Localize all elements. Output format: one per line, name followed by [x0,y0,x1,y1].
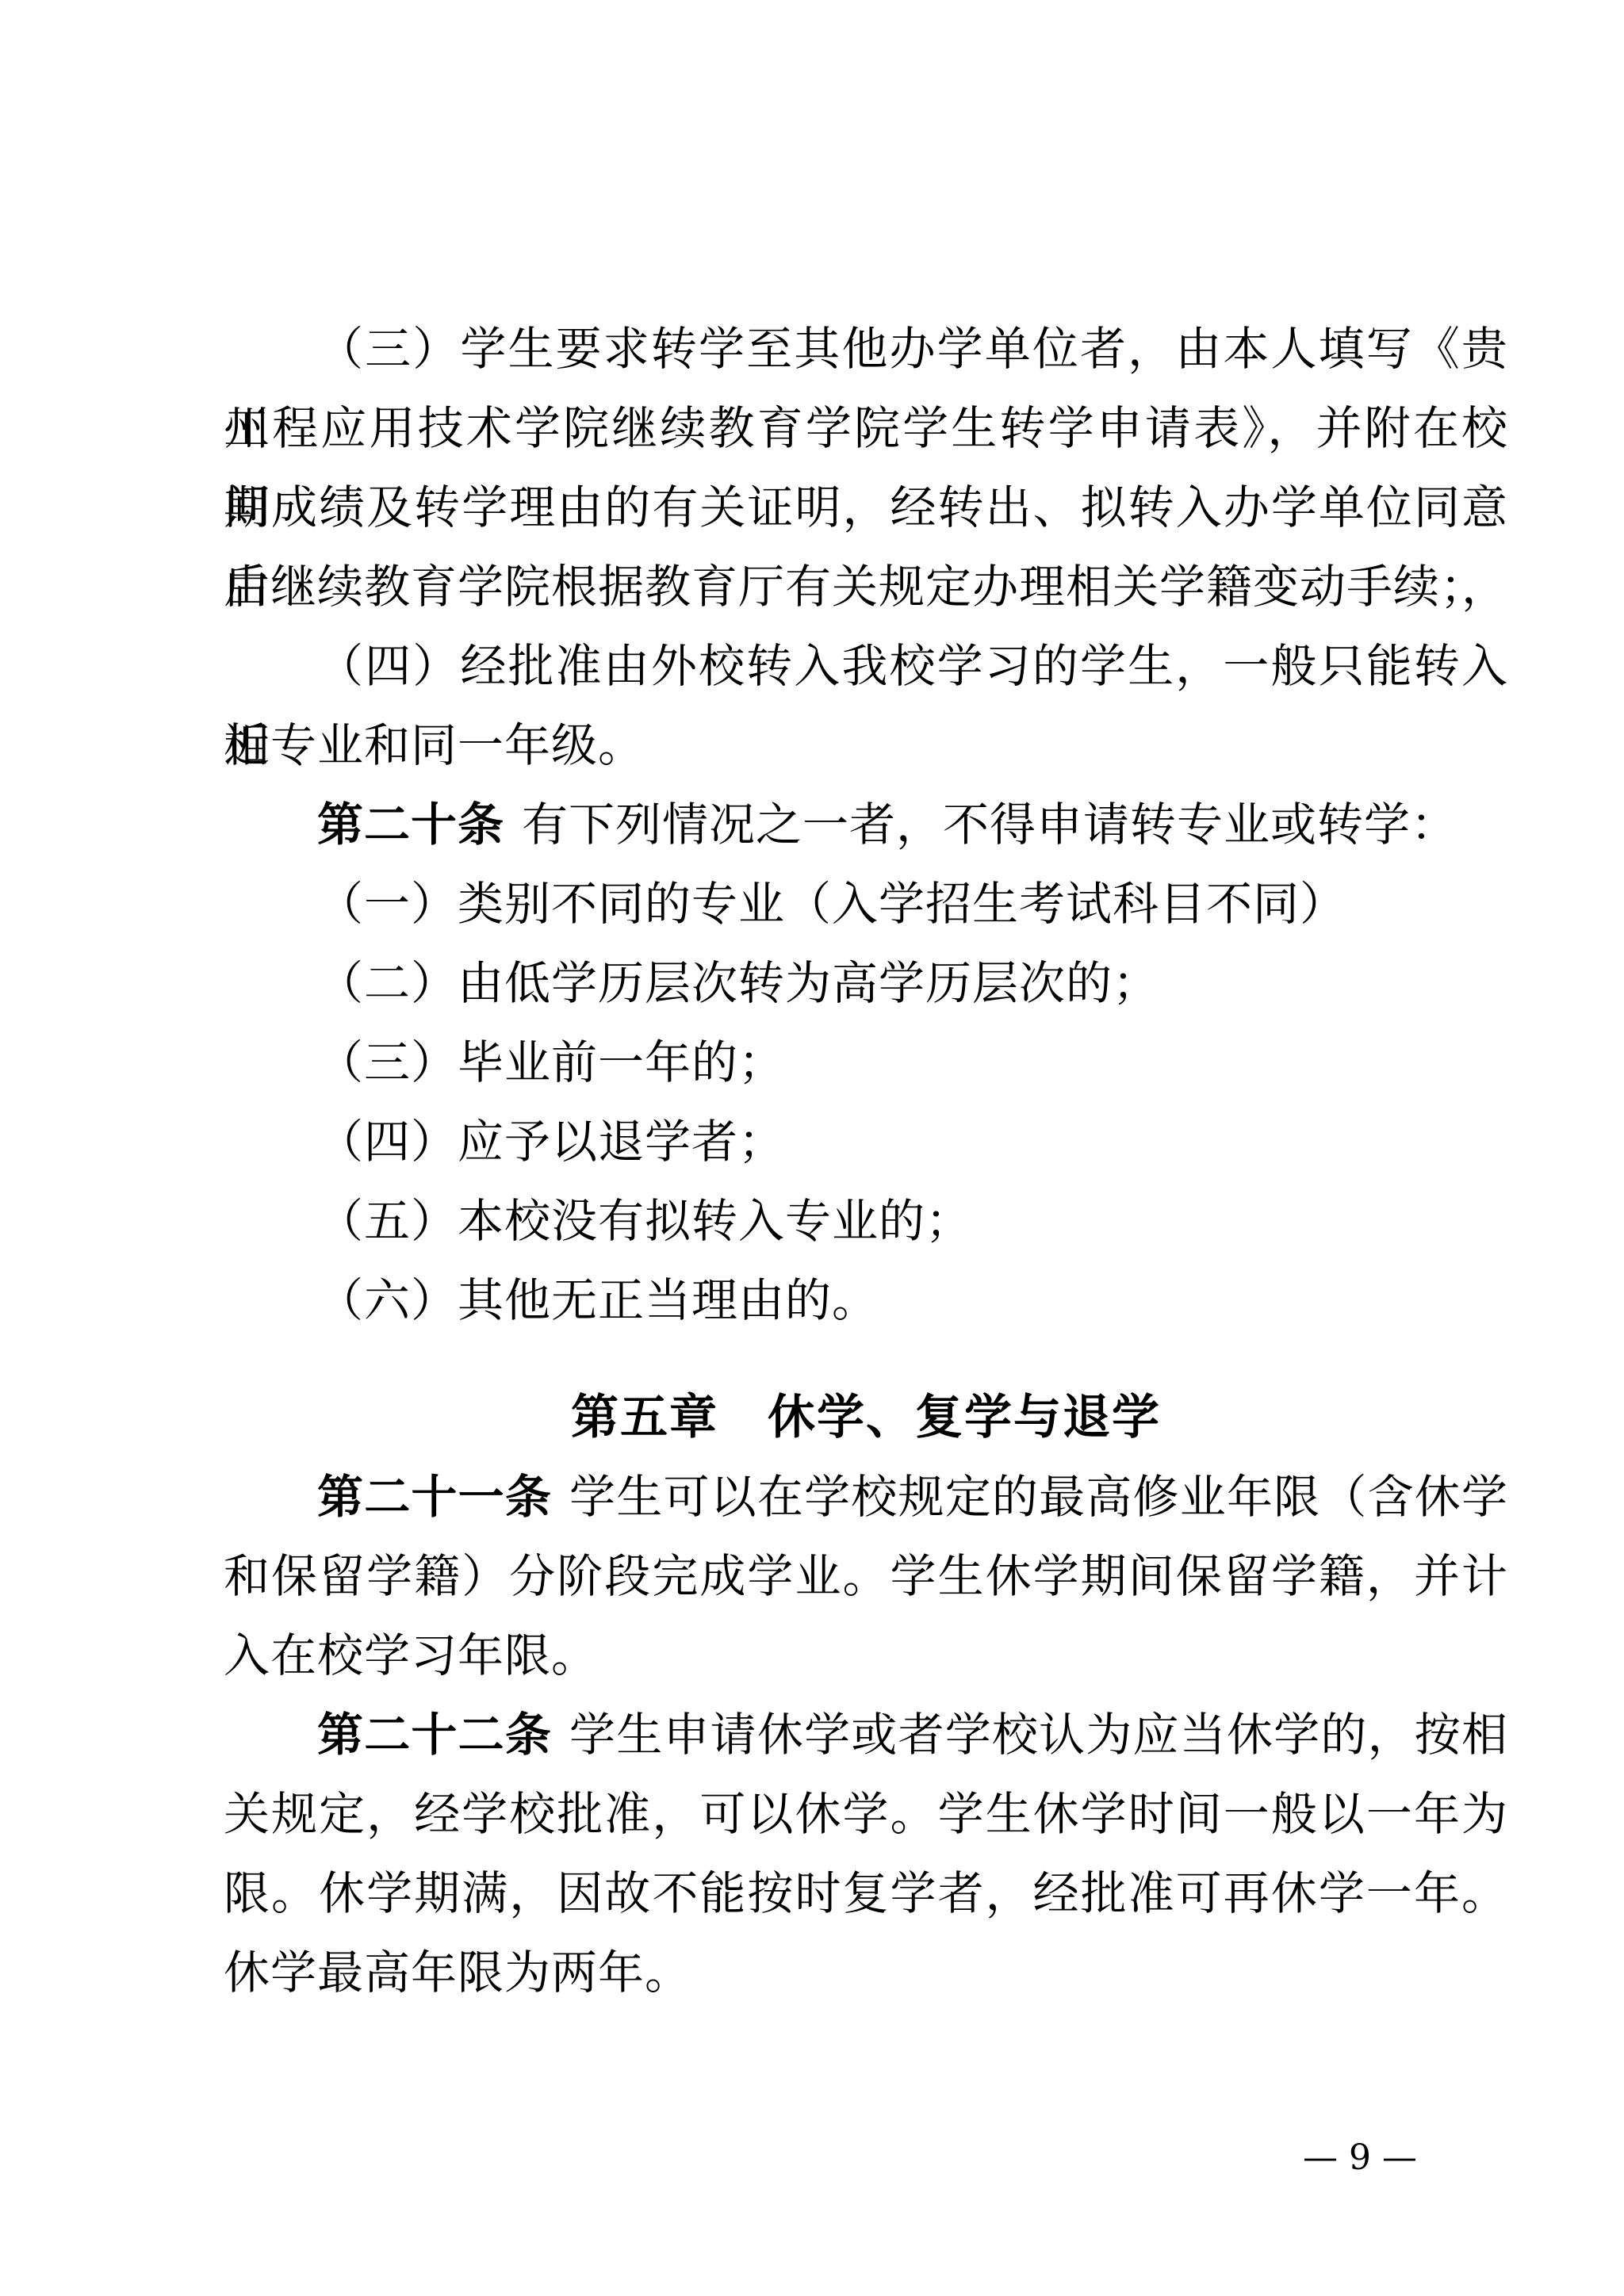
text-line: （四）应予以退学者； [224,1102,1508,1181]
text-line: 工程应用技术学院继续教育学院学生转学申请表》，并附在校期 [224,388,1508,468]
text-line: （六）其他无正当理由的。 [224,1261,1508,1340]
line-text: 有下列情况之一者，不得申请转专业或转学： [522,798,1457,851]
text-line: （三）毕业前一年的； [224,1023,1508,1102]
line-text: 学生申请休学或者学校认为应当休学的，按相 [569,1708,1508,1762]
text-line: 休学最高年限为两年。 [224,1933,1508,2012]
text-line: （三）学生要求转学至其他办学单位者，由本人填写《贵州 [224,309,1508,388]
text-line: 间成绩及转学理由的有关证明，经转出、拟转入办学单位同意后， [224,468,1508,547]
text-line: （四）经批准由外校转入我校学习的学生，一般只能转入相 [224,626,1508,706]
page-number: — 9 — [1253,2134,1467,2182]
line-text: 学生可以在学校规定的最高修业年限（含休学 [569,1470,1508,1524]
text-line: （一）类别不同的专业（入学招生考试科目不同） [224,864,1508,943]
text-line: 由继续教育学院根据教育厅有关规定办理相关学籍变动手续； [224,547,1508,626]
document-body: （三）学生要求转学至其他办学单位者，由本人填写《贵州工程应用技术学院继续教育学院… [224,309,1508,2012]
article-number: 第二十条 [317,798,504,851]
text-line: 入在校学习年限。 [224,1616,1508,1695]
text-line: 限。休学期满，因故不能按时复学者，经批准可再休学一年。 [224,1854,1508,1933]
text-line: 第二十条有下列情况之一者，不得申请转专业或转学： [224,785,1508,864]
chapter-heading: 第五章 休学、复学与退学 [224,1378,1508,1457]
document-page: （三）学生要求转学至其他办学单位者，由本人填写《贵州工程应用技术学院继续教育学院… [0,0,1624,2296]
text-line: 第二十一条学生可以在学校规定的最高修业年限（含休学 [224,1457,1508,1536]
text-line: （二）由低学历层次转为高学历层次的； [224,943,1508,1023]
text-line: （五）本校没有拟转入专业的； [224,1181,1508,1261]
article-number: 第二十二条 [317,1708,552,1762]
article-number: 第二十一条 [317,1470,552,1524]
text-line: 和保留学籍）分阶段完成学业。学生休学期间保留学籍，并计 [224,1536,1508,1616]
text-line: 第二十二条学生申请休学或者学校认为应当休学的，按相 [224,1695,1508,1774]
text-line: 近专业和同一年级。 [224,706,1508,785]
text-line: 关规定，经学校批准，可以休学。学生休学时间一般以一年为 [224,1774,1508,1854]
